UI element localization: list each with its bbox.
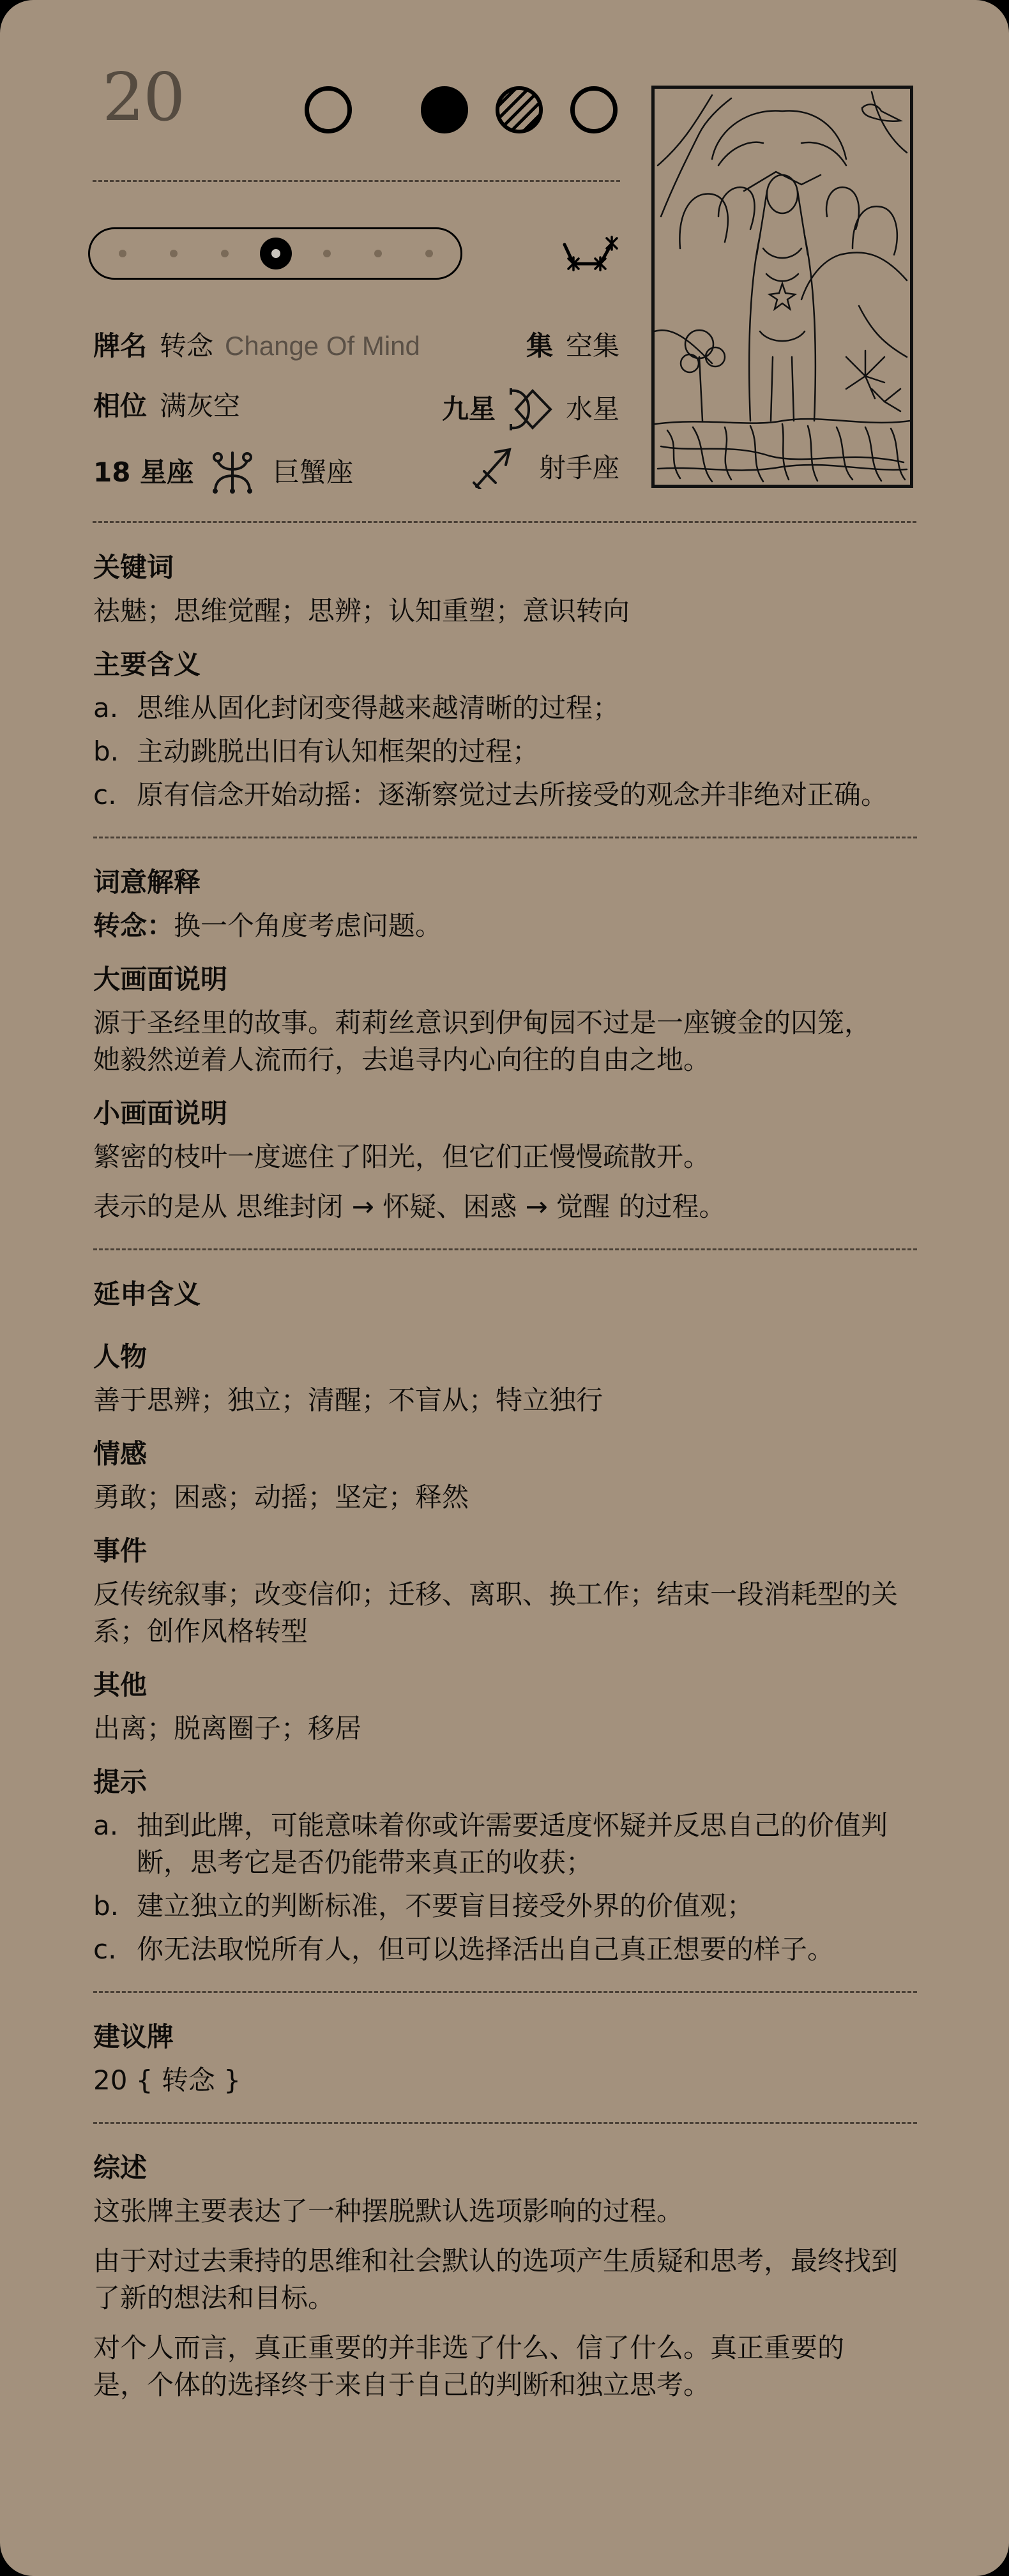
summary-paragraph: 对个人而言，真正重要的并非选了什么、信了什么。真正重要的是，个体的选择终于来自于…	[93, 2330, 879, 2404]
divider	[93, 837, 917, 838]
zodiac-value-sagittarius: 射手座	[539, 452, 619, 484]
card-content: 关键词 祛魅；思维觉醒；思辨；认知重塑；意识转向 主要含义 a.思维从固化封闭变…	[93, 549, 917, 2404]
group-title: 情感	[93, 1436, 917, 1473]
list-text: 建立独立的判断标准，不要盲目接受外界的价值观；	[137, 1888, 917, 1925]
set-row: 集 空集	[526, 330, 619, 362]
list-text: 你无法取悦所有人，但可以选择活出自己真正想要的样子。	[137, 1931, 917, 1968]
main-meaning-title: 主要含义	[93, 646, 917, 683]
slider-dot[interactable]	[119, 250, 126, 257]
set-label: 集	[526, 330, 553, 362]
tarot-artwork-image	[655, 89, 910, 485]
extended-group-emotion: 情感 勇敢；困惑；动摇；坚定；释然	[93, 1436, 917, 1516]
card-name-row: 牌名 转念 Change Of Mind	[93, 330, 420, 362]
nine-star-label: 九星	[442, 393, 496, 425]
main-meaning-section: 主要含义 a.思维从固化封闭变得越来越清晰的过程； b.主动跳脱出旧有认知框架的…	[93, 646, 917, 814]
divider	[93, 180, 620, 182]
list-marker: b.	[93, 1888, 137, 1925]
group-title: 事件	[93, 1533, 917, 1570]
empty-moon-icon	[305, 86, 352, 133]
big-picture-text: 源于圣经里的故事。莉莉丝意识到伊甸园不过是一座镀金的囚笼，她毅然逆着人流而行，去…	[93, 1004, 879, 1079]
constellation-icon	[561, 233, 625, 278]
word-meaning-title: 词意解释	[93, 864, 917, 901]
tarot-card-detail: 20	[0, 0, 1009, 2576]
suggested-card-section: 建议牌 20 { 转念 }	[93, 2019, 917, 2099]
group-text: 反传统叙事；改变信仰；迁移、离职、换工作；结束一段消耗型的关系；创作风格转型	[93, 1576, 917, 1650]
zodiac-row: 18 星座 巨蟹座	[93, 451, 353, 494]
summary-title: 综述	[93, 2149, 917, 2186]
small-picture-title: 小画面说明	[93, 1095, 917, 1132]
list-marker: b.	[93, 733, 137, 770]
keywords-text: 祛魅；思维觉醒；思辨；认知重塑；意识转向	[93, 593, 917, 630]
list-marker: a.	[93, 690, 137, 727]
divider	[93, 1991, 917, 1993]
slider-dot[interactable]	[221, 250, 229, 257]
slider-dot[interactable]	[170, 250, 178, 257]
card-name-en: Change Of Mind	[225, 330, 420, 362]
zodiac-value-cancer: 巨蟹座	[273, 457, 353, 489]
zodiac-row-2: 射手座	[473, 447, 619, 489]
list-text: 主动跳脱出旧有认知框架的过程；	[137, 733, 917, 770]
mercury-symbol-icon	[507, 387, 553, 432]
suggested-card-link[interactable]: 20 { 转念 }	[93, 2062, 917, 2099]
phase-row: 相位 满灰空	[93, 390, 240, 422]
small-picture-text: 繁密的枝叶一度遮住了阳光，但它们正慢慢疏散开。	[93, 1139, 917, 1176]
phase-slider[interactable]	[88, 227, 462, 280]
summary-paragraph: 由于对过去秉持的思维和社会默认的选项产生质疑和思考，最终找到了新的想法和目标。	[93, 2243, 917, 2317]
word-meaning-definition: 换一个角度考虑问题。	[174, 910, 442, 941]
extended-group-person: 人物 善于思辨；独立；清醒；不盲从；特立独行	[93, 1338, 917, 1419]
list-text: 抽到此牌，可能意味着你或许需要适度怀疑并反思自己的价值判断，思考它是否仍能带来真…	[137, 1807, 917, 1881]
list-item: b.建立独立的判断标准，不要盲目接受外界的价值观；	[93, 1888, 917, 1925]
summary-paragraph: 这张牌主要表达了一种摆脱默认选项影响的过程。	[93, 2193, 917, 2230]
list-marker: a.	[93, 1807, 137, 1881]
list-text: 原有信念开始动摇：逐渐察觉过去所接受的观念并非绝对正确。	[137, 777, 917, 814]
card-name-cn: 转念	[160, 330, 213, 362]
extended-meaning-title: 延申含义	[93, 1276, 917, 1313]
list-marker: c.	[93, 777, 137, 814]
slider-dot[interactable]	[425, 250, 433, 257]
cancer-glyph-icon	[211, 451, 254, 494]
set-value: 空集	[566, 330, 619, 362]
slider-handle[interactable]	[260, 238, 292, 269]
tips-section: 提示 a.抽到此牌，可能意味着你或许需要适度怀疑并反思自己的价值判断，思考它是否…	[93, 1764, 917, 1968]
phase-label: 相位	[93, 390, 147, 422]
group-text: 勇敢；困惑；动摇；坚定；释然	[93, 1479, 917, 1516]
list-item: b.主动跳脱出旧有认知框架的过程；	[93, 733, 917, 770]
word-meaning-section: 词意解释 转念：换一个角度考虑问题。	[93, 864, 917, 944]
list-text: 思维从固化封闭变得越来越清晰的过程；	[137, 690, 917, 727]
word-meaning-text: 转念：换一个角度考虑问题。	[93, 907, 917, 944]
list-marker: c.	[93, 1931, 137, 1968]
sagittarius-glyph-icon	[473, 447, 513, 489]
empty-moon-icon	[570, 86, 618, 133]
suggested-card-title: 建议牌	[93, 2019, 917, 2056]
big-picture-section: 大画面说明 源于圣经里的故事。莉莉丝意识到伊甸园不过是一座镀金的囚笼，她毅然逆着…	[93, 961, 917, 1079]
list-item: a.抽到此牌，可能意味着你或许需要适度怀疑并反思自己的价值判断，思考它是否仍能带…	[93, 1807, 917, 1881]
big-picture-title: 大画面说明	[93, 961, 917, 998]
extended-meaning-section: 延申含义 人物 善于思辨；独立；清醒；不盲从；特立独行 情感 勇敢；困惑；动摇；…	[93, 1276, 917, 1968]
keywords-section: 关键词 祛魅；思维觉醒；思辨；认知重塑；意识转向	[93, 549, 917, 630]
list-item: c.原有信念开始动摇：逐渐察觉过去所接受的观念并非绝对正确。	[93, 777, 917, 814]
card-illustration	[651, 86, 913, 488]
nine-star-value: 水星	[566, 393, 619, 425]
extended-group-event: 事件 反传统叙事；改变信仰；迁移、离职、换工作；结束一段消耗型的关系；创作风格转…	[93, 1533, 917, 1650]
phase-value: 满灰空	[160, 390, 240, 422]
small-picture-section: 小画面说明 繁密的枝叶一度遮住了阳光，但它们正慢慢疏散开。 表示的是从 思维封闭…	[93, 1095, 917, 1225]
word-meaning-term: 转念：	[93, 910, 174, 941]
card-number: 20	[102, 64, 184, 130]
zodiac-label: 18 星座	[93, 457, 193, 489]
divider	[93, 2122, 917, 2124]
tips-title: 提示	[93, 1764, 917, 1801]
list-item: a.思维从固化封闭变得越来越清晰的过程；	[93, 690, 917, 727]
hatched-moon-icon	[496, 86, 543, 133]
slider-dot[interactable]	[374, 250, 382, 257]
group-title: 其他	[93, 1667, 917, 1704]
full-moon-icon	[421, 86, 468, 133]
divider	[93, 521, 916, 523]
group-text: 善于思辨；独立；清醒；不盲从；特立独行	[93, 1382, 917, 1419]
divider	[93, 1248, 917, 1250]
list-item: c.你无法取悦所有人，但可以选择活出自己真正想要的样子。	[93, 1931, 917, 1968]
slider-dot[interactable]	[323, 250, 331, 257]
summary-section: 综述 这张牌主要表达了一种摆脱默认选项影响的过程。 由于对过去秉持的思维和社会默…	[93, 2149, 917, 2404]
keywords-title: 关键词	[93, 549, 917, 586]
nine-star-row: 九星 水星	[442, 387, 619, 432]
small-picture-process: 表示的是从 思维封闭 → 怀疑、困惑 → 觉醒 的过程。	[93, 1188, 917, 1225]
extended-group-other: 其他 出离；脱离圈子；移居	[93, 1667, 917, 1747]
group-title: 人物	[93, 1338, 917, 1375]
group-text: 出离；脱离圈子；移居	[93, 1710, 917, 1747]
card-name-label: 牌名	[93, 330, 147, 362]
